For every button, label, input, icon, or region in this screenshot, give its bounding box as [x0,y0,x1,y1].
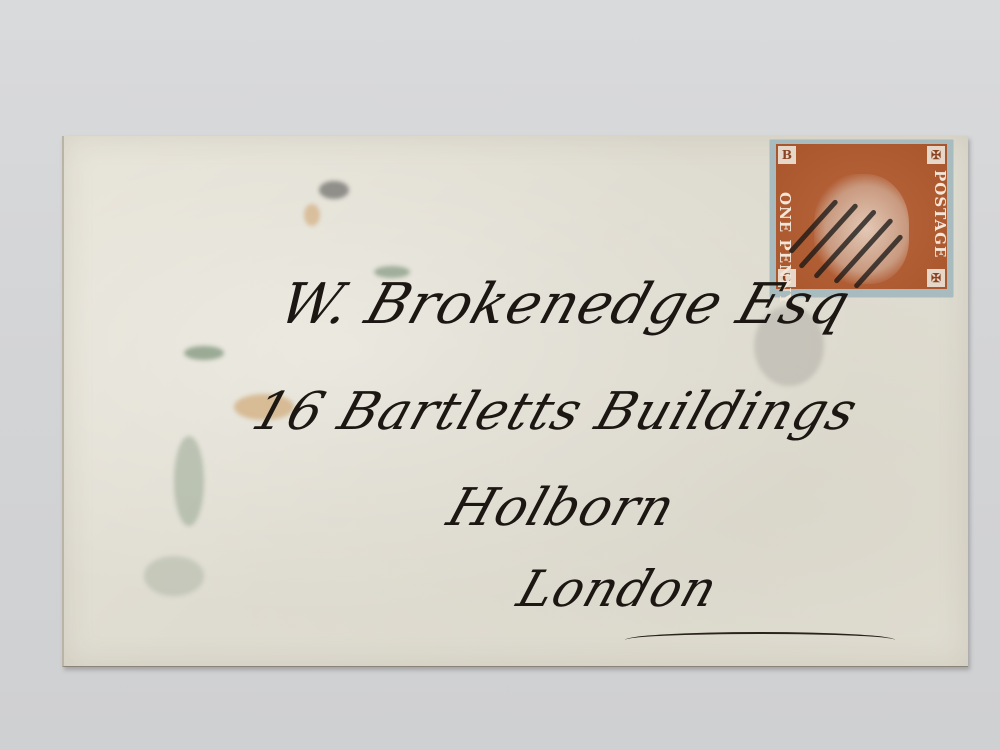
green-stain [184,346,224,360]
stamp-corner-letter: B [778,146,796,164]
address-line-addressee: W. Brokenedge Esq [271,272,859,337]
green-stain [174,436,204,526]
rust-stain [304,204,320,226]
address-line-street: 16 Bartletts Buildings [245,382,865,442]
address-line-city: London [511,560,726,618]
stamp-postage-text: POSTAGE [931,170,949,258]
green-stain [144,556,204,596]
address-underline [625,632,895,648]
ink-mark [319,181,349,199]
stamp-corner-star-icon: ✠ [927,146,945,164]
stamp-corner-star-icon: ✠ [927,269,945,287]
address-line-district: Holborn [440,478,683,538]
